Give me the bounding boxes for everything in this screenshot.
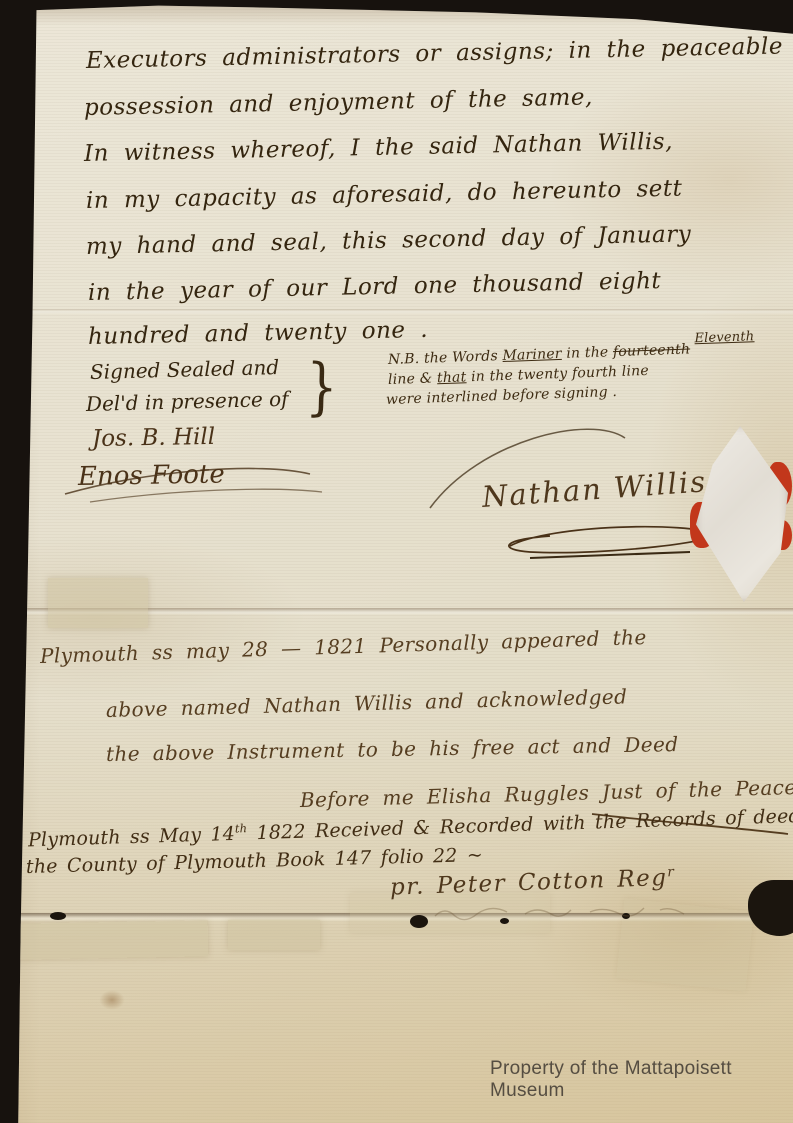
nb-note-text: N.B. the Words bbox=[388, 348, 503, 368]
museum-watermark: Property of the Mattapoisett Museum bbox=[490, 1058, 793, 1102]
attestation-line-1: Signed Sealed and bbox=[90, 355, 280, 384]
faded-ink-marks bbox=[430, 896, 710, 928]
nb-note-text: in the twenty fourth line bbox=[466, 363, 649, 385]
nb-note-struck-word: fourteenth bbox=[613, 341, 691, 360]
seal-paper-diamond bbox=[696, 426, 788, 602]
recording-text: Plymouth ss May 14 bbox=[28, 823, 236, 851]
nb-note-underlined-word: Mariner bbox=[502, 346, 562, 364]
attestation-brace: } bbox=[305, 349, 339, 423]
nb-note-inserted-word: Eleventh bbox=[694, 329, 754, 346]
tape-patch bbox=[48, 578, 148, 628]
body-line: in my capacity as aforesaid, do hereunto… bbox=[86, 176, 683, 214]
witness-signature-jos-b-hill: Jos. B. Hill bbox=[92, 424, 216, 452]
crease-hole bbox=[50, 912, 66, 920]
body-line: In witness whereof, I the said Nathan Wi… bbox=[84, 129, 673, 167]
tape-patch bbox=[228, 920, 320, 950]
body-line: hundred and twenty one . bbox=[88, 317, 429, 350]
nb-note-line-3: were interlined before signing . bbox=[386, 384, 618, 408]
scanned-document-photo: Executors administrators or assigns; in … bbox=[0, 0, 793, 1123]
nb-note-line-1: N.B. the Words Mariner in the fourteenth… bbox=[388, 339, 755, 368]
recording-superscript: th bbox=[235, 821, 248, 835]
registrar-superscript: r bbox=[667, 864, 676, 880]
body-line: Executors administrators or assigns; in … bbox=[86, 33, 784, 74]
crease-hole bbox=[410, 915, 428, 928]
attestation-line-2: Del'd in presence of bbox=[86, 387, 289, 416]
acknowledgment-line: above named Nathan Willis and acknowledg… bbox=[106, 684, 628, 722]
manuscript-page: Executors administrators or assigns; in … bbox=[0, 0, 793, 1123]
enos-foote-flourish bbox=[60, 452, 360, 512]
nb-note-text: line & bbox=[388, 370, 438, 388]
body-line: possession and enjoyment of the same, bbox=[84, 84, 593, 121]
tape-patch bbox=[18, 920, 209, 959]
fold-crease-upper bbox=[0, 309, 793, 314]
nb-note-underlined-word: that bbox=[437, 369, 467, 386]
body-line: in the year of our Lord one thousand eig… bbox=[88, 268, 662, 306]
torn-edge-hole bbox=[748, 880, 793, 936]
wax-seal bbox=[688, 424, 793, 606]
body-line: my hand and seal, this second day of Jan… bbox=[86, 221, 692, 260]
nb-note-text: in the bbox=[561, 344, 613, 362]
acknowledgment-line: the above Instrument to be his free act … bbox=[106, 732, 679, 766]
acknowledgment-line: Plymouth ss may 28 — 1821 Personally app… bbox=[40, 625, 647, 668]
recording-line-1: Plymouth ss May 14th 1822 Received & Rec… bbox=[28, 802, 793, 851]
